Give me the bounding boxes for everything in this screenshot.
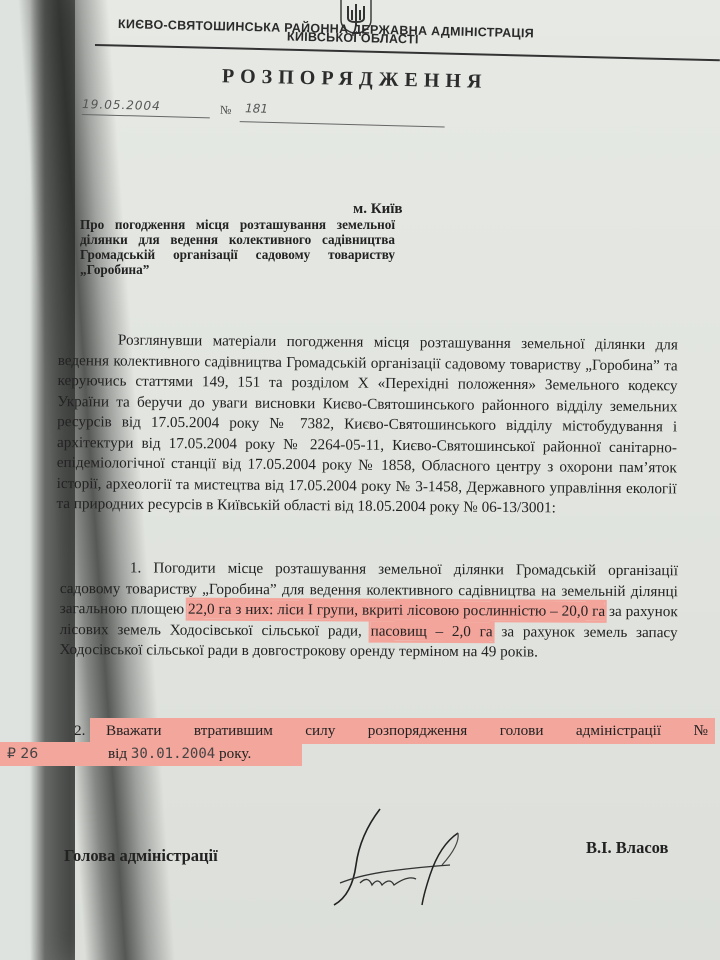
document-photo: КИЄВО-СВЯТОШИНСЬКА РАЙОННА ДЕРЖАВНА АДМІ… bbox=[0, 0, 720, 960]
signatory-name: В.І. Власов bbox=[586, 838, 668, 858]
item-2-date-prefix: від bbox=[108, 745, 131, 762]
date-underline bbox=[82, 114, 210, 118]
preamble-paragraph: Розглянувши матеріали погодження місця р… bbox=[56, 330, 678, 520]
stamped-number: ₽ 26 bbox=[7, 746, 38, 762]
handwritten-signature bbox=[320, 805, 470, 915]
issuer-region: КИЇВСЬКОЇ ОБЛАСТІ bbox=[287, 30, 419, 47]
item-2-date-line: від 30.01.2004 року. bbox=[108, 745, 251, 763]
issue-city: м. Київ bbox=[353, 201, 403, 218]
item-1-number: 1. bbox=[130, 559, 141, 576]
signatory-position: Голова адміністрації bbox=[64, 846, 218, 866]
subject-line: ділянки для ведення колективного садівни… bbox=[80, 232, 395, 247]
document-date: 19.05.2004 bbox=[82, 97, 161, 113]
number-label: № bbox=[220, 103, 232, 118]
highlighted-area-forest: 22,0 га з них: ліси І групи, вкриті лісо… bbox=[188, 600, 605, 621]
item-2-text: Вважати втратившим силу розпорядження го… bbox=[106, 722, 708, 740]
item-1-paragraph: 1. Погодити місце розташування земельної… bbox=[59, 558, 678, 664]
item-2-date-suffix: року. bbox=[215, 745, 251, 762]
document-subject: Про погодження місця розташування земель… bbox=[80, 217, 395, 277]
subject-line: „Горобина” bbox=[80, 262, 395, 277]
item-2-paragraph: 2. Вважати втратившим силу розпорядження… bbox=[0, 716, 720, 772]
item-2-date: 30.01.2004 bbox=[131, 746, 215, 762]
subject-line: Громадській організації садовому товарис… bbox=[80, 247, 395, 262]
highlighted-area-pasture: пасовищ – 2,0 га bbox=[371, 621, 493, 641]
document-number: 181 bbox=[245, 101, 268, 116]
subject-line: Про погодження місця розташування земель… bbox=[80, 217, 395, 232]
item-2-number: 2. bbox=[74, 722, 85, 740]
